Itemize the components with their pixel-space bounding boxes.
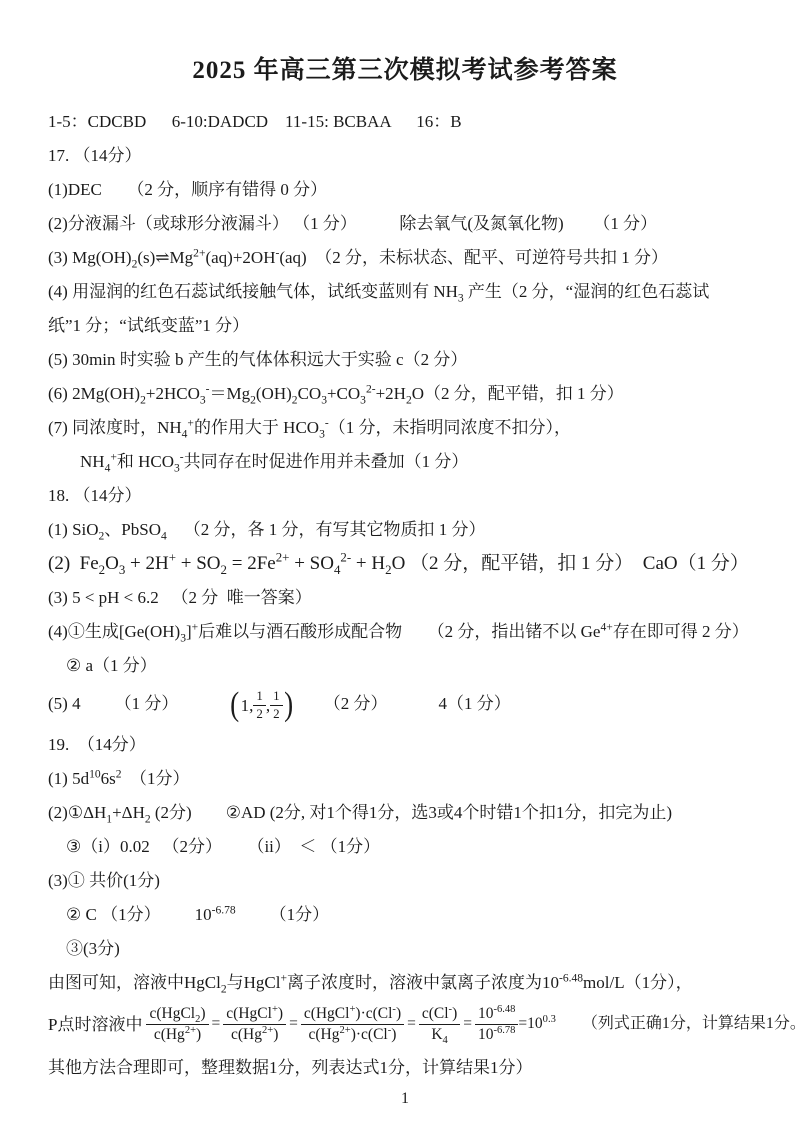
q19-graph-conclusion: 由图可知，溶液中HgCl2与HgCl+离子浓度时，溶液中氯离子浓度为10-6.4… [48,971,762,994]
q19-answer-3-line3: ③(3分) [48,937,762,960]
q18-answer-4-line1: (4)①生成[Ge(OH)3]+后难以与酒石酸形成配合物 （2 分，指出锗不以 … [48,620,762,643]
coordinate-vector: (1,12,12) [229,688,294,722]
q18-answer-3: (3) 5 < pH < 6.2 （2 分 唯一答案） [48,586,762,609]
equals-sign: = [460,1015,475,1033]
p-point-ratio-formula: P点时溶液中 c(HgCl2)c(Hg2+) = c(HgCl+)c(Hg2+)… [48,1005,762,1044]
q17-answer-2: (2)分液漏斗（或球形分液漏斗） （1 分） 除去氧气(及氮氧化物) （1 分） [48,212,762,235]
page-title: 2025 年高三第三次模拟考试参考答案 [48,50,762,86]
q18-answer-4-line2: ② a（1 分） [48,654,762,677]
q19-answer-2: (2)①ΔH1+ΔH2 (2分) ②AD (2分, 对1个得1分，选3或4个时错… [48,801,762,824]
close-paren: ) [284,688,293,722]
q19-answer-2-line2: ③（i）0.02 （2分） （ii） ＜ （1分） [48,835,762,858]
q19-answer-3-line2: ② C （1分） 10-6.78 （1分） [48,903,762,926]
equals-sign: = [209,1015,224,1033]
page-number: 1 [48,1090,762,1108]
fraction-hgcl-over-hg: c(HgCl+)c(Hg2+) [223,1005,286,1044]
q17-answer-5: (5) 30min 时实验 b 产生的气体体积远大于实验 c（2 分） [48,348,762,371]
formula-result: =100.3 [518,1015,555,1033]
formula-scoring-comment: （列式正确1分，计算结果1分。 [582,1015,800,1033]
q19-answer-1: (1) 5d106s2 （1分） [48,767,762,790]
answer-sheet-page: 2025 年高三第三次模拟考试参考答案 1-5：CDCBD 6-10:DADCD… [0,0,800,1131]
q17-answer-4-line1: (4) 用湿润的红色石蕊试纸接触气体，试纸变蓝则有 NH3 产生（2 分，“湿润… [48,280,762,303]
fraction-cl-over-k4: c(Cl-)K4 [419,1005,460,1044]
fraction-hgcl2-over-hg: c(HgCl2)c(Hg2+) [146,1005,208,1044]
equals-sign: = [286,1015,301,1033]
q17-answer-3: (3) Mg(OH)2(s)⇌Mg2+(aq)+2OH-(aq) （2 分，未标… [48,246,762,269]
q18-answer-2: (2) Fe2O3 + 2H+ + SO2 = 2Fe2+ + SO42- + … [48,552,762,575]
mcq-answers: 1-5：CDCBD 6-10:DADCD 11-15: BCBAA 16：B [48,110,762,133]
fraction-one-half: 12 [253,689,266,722]
q18-answer-5-mid: （2 分） [294,694,439,713]
vector-first-value: 1, [241,694,254,717]
q19-answer-3-line1: (3)① 共价(1分) [48,869,762,892]
q18-answer-5-tail: 4（1 分） [438,694,510,713]
fraction-powers-of-ten: 10-6.4810-6.78 [475,1005,518,1044]
q18-heading: 18. （14分） [48,484,762,507]
q19-heading: 19. （14分） [48,733,762,756]
closing-scoring-note: 其他方法合理即可，整理数据1分，列表达式1分，计算结果1分） [48,1056,762,1079]
q18-answer-5-prefix: (5) 4 （1 分） [48,694,229,713]
q17-answer-6: (6) 2Mg(OH)2+2HCO3-＝Mg2(OH)2CO3+CO32-+2H… [48,382,762,405]
equals-sign: = [404,1015,419,1033]
q17-answer-7-line2: NH4+和 HCO3-共同存在时促进作用并未叠加（1 分） [48,450,762,473]
open-paren: ( [230,688,239,722]
q18-answer-5: (5) 4 （1 分） (1,12,12) （2 分） 4（1 分） [48,688,762,722]
q17-answer-4-line2: 纸”1 分；“试纸变蓝”1 分） [48,314,762,337]
fraction-expanded: c(HgCl+)·c(Cl-)c(Hg2+)·c(Cl-) [301,1005,404,1044]
fraction-one-half: 12 [270,689,283,722]
q17-heading: 17. （14分） [48,144,762,167]
formula-lead-text: P点时溶液中 [48,1015,142,1035]
q17-answer-1: (1)DEC （2 分，顺序有错得 0 分） [48,178,762,201]
q17-answer-7-line1: (7) 同浓度时，NH4+的作用大于 HCO3-（1 分，未指明同浓度不扣分）， [48,416,762,439]
q18-answer-1: (1) SiO2、PbSO4 （2 分，各 1 分，有写其它物质扣 1 分） [48,518,762,541]
